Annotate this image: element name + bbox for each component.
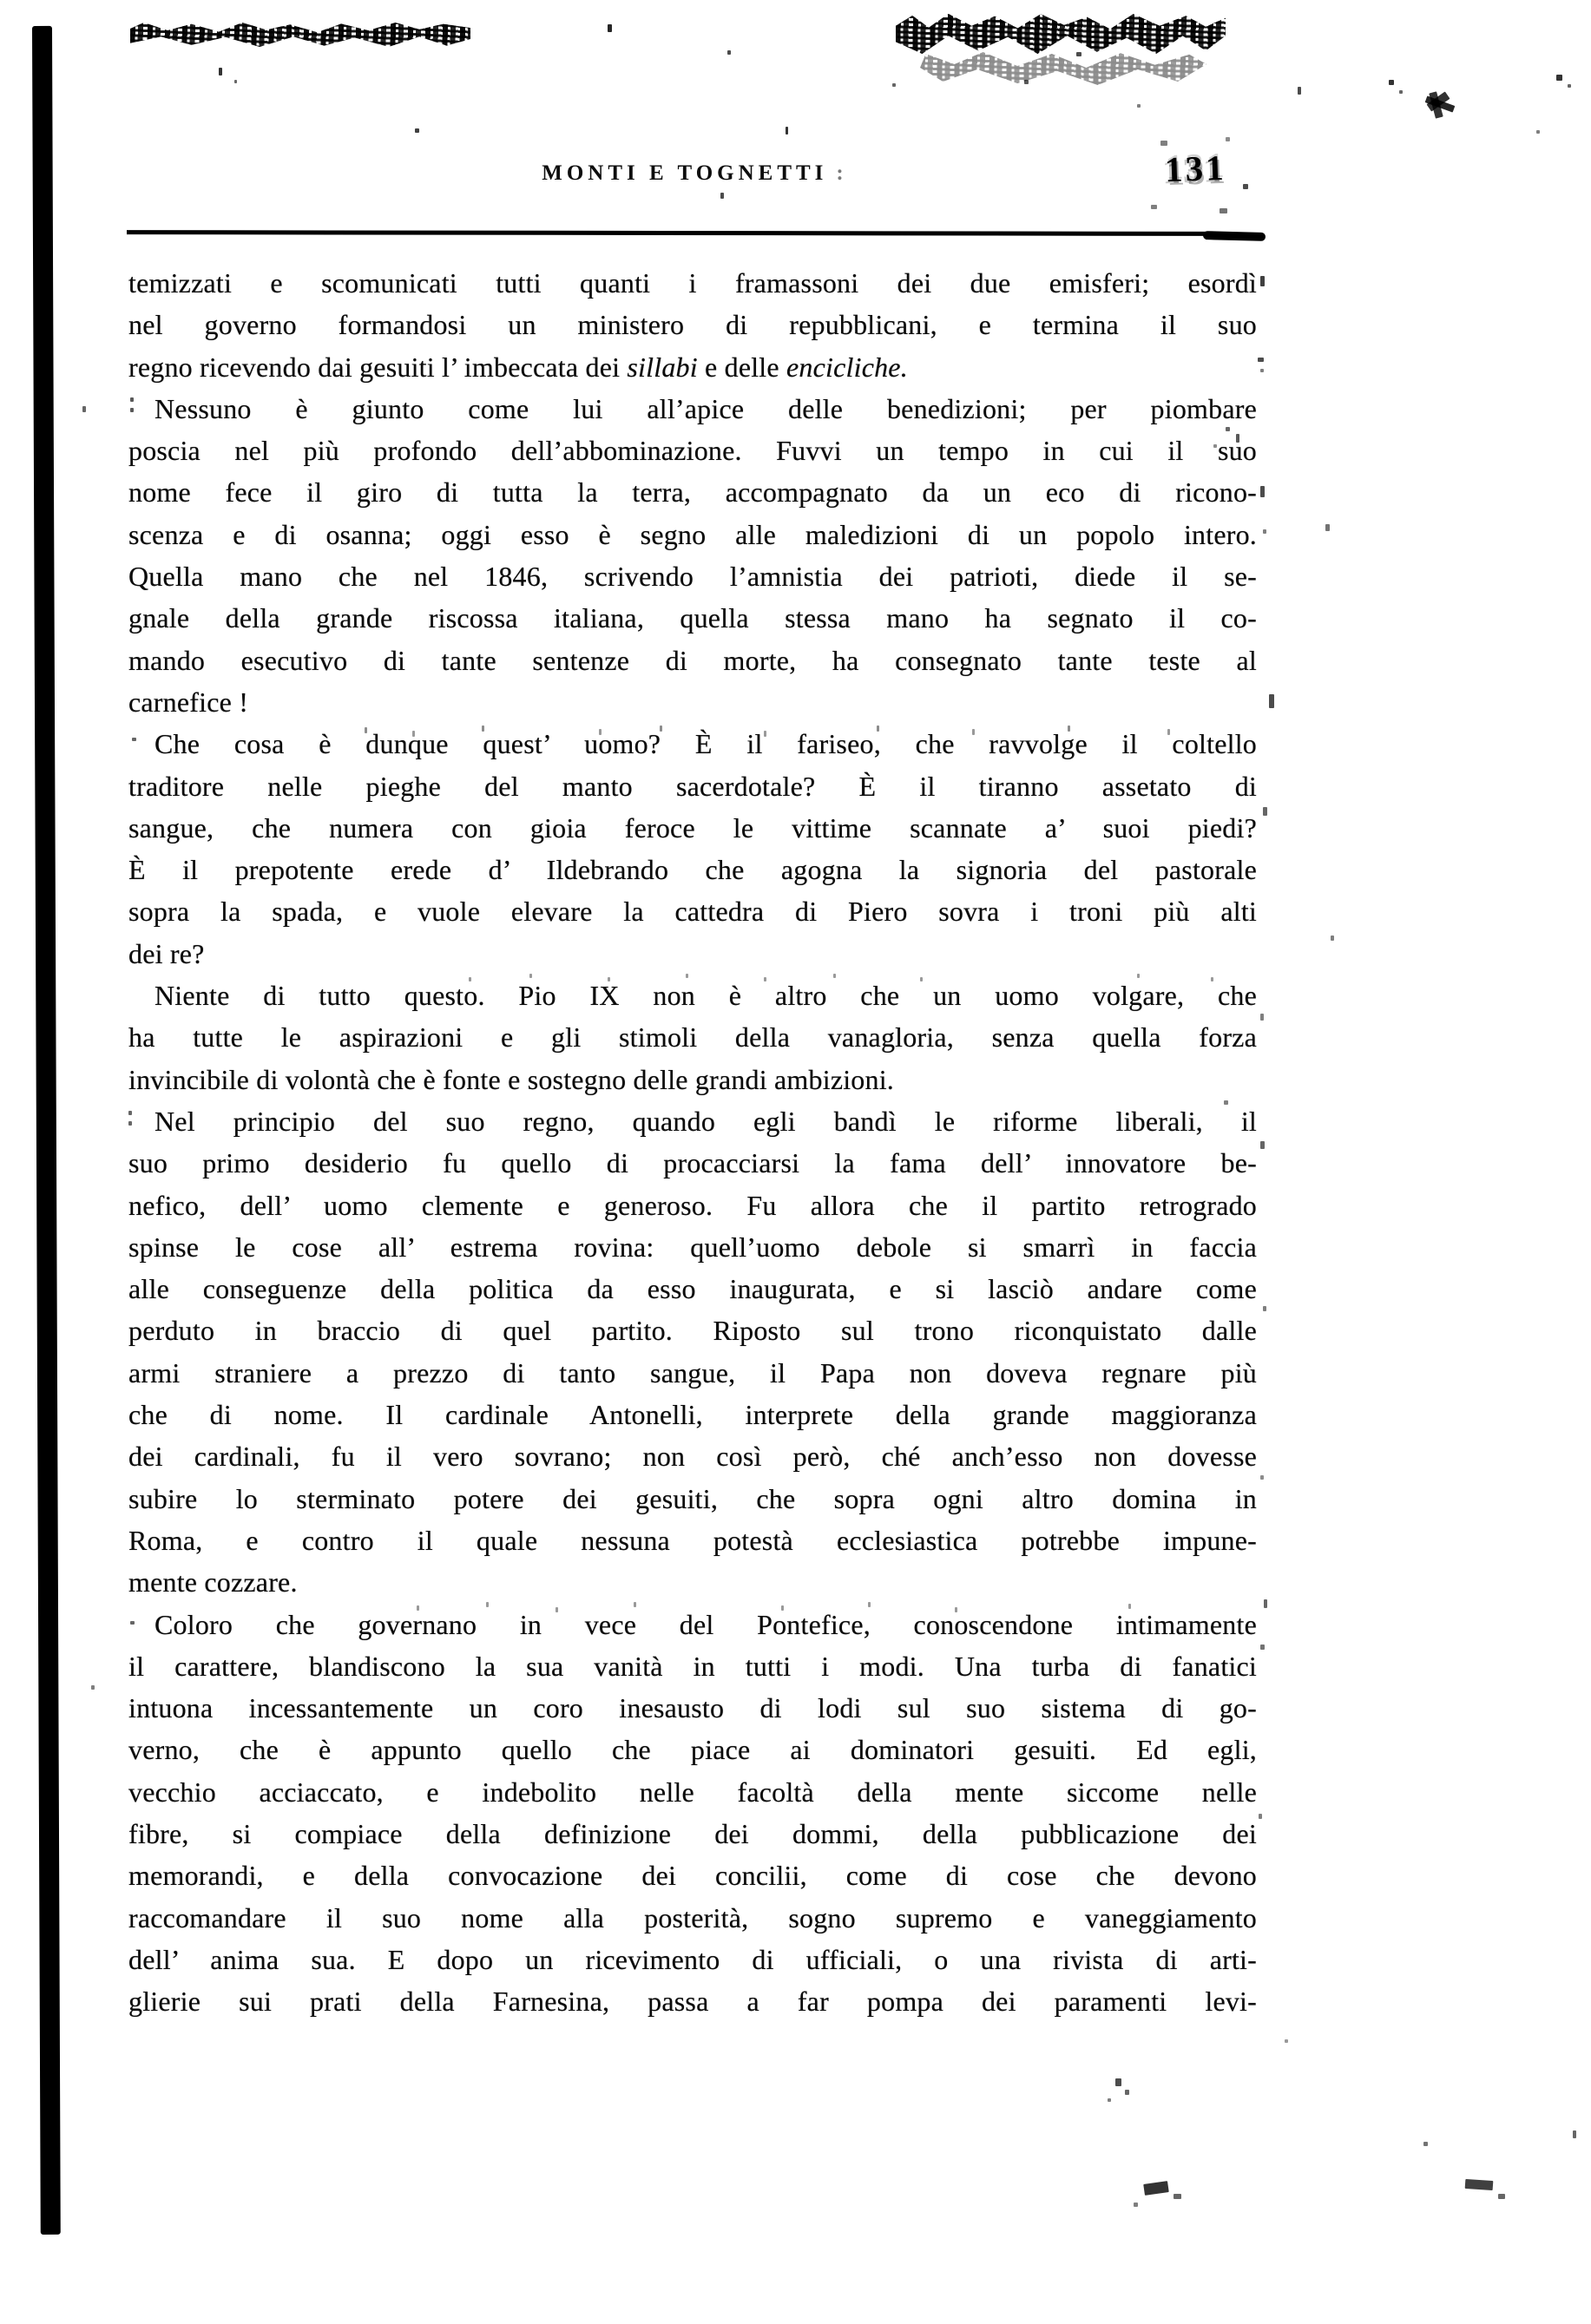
text-line: Nessuno è giunto come lui all’apice dell… [128, 388, 1257, 430]
text-line: Roma, e contro il quale nessuna potestà … [128, 1520, 1257, 1561]
scan-speck [1568, 84, 1571, 88]
page-number: 131 [1164, 147, 1226, 190]
text-line: nefico, dell’ uomo clemente e generoso. … [128, 1185, 1257, 1226]
scan-speck [1536, 130, 1540, 134]
scan-speck [1556, 75, 1562, 81]
text-line: subire lo sterminato potere dei gesuiti,… [128, 1478, 1257, 1520]
text-line: alle conseguenze della politica da esso … [128, 1268, 1257, 1310]
scan-speck [1260, 1475, 1264, 1480]
text-line: mando esecutivo di tante sentenze di mor… [128, 640, 1257, 681]
scan-speck [1151, 205, 1157, 209]
text-line: nome fece il giro di tutta la terra, acc… [128, 471, 1257, 513]
scan-speck [1115, 2078, 1121, 2086]
scan-speck [1260, 1141, 1265, 1149]
scan-speck [1143, 2181, 1169, 2196]
scan-speck [1260, 369, 1264, 372]
scan-gutter-bar [32, 26, 61, 2235]
scan-speck [1325, 524, 1330, 531]
text-line: armi straniere a prezzo di tanto sangue,… [128, 1352, 1257, 1394]
scan-speck [1465, 2179, 1494, 2190]
running-head: MONTI E TOGNETTI: [128, 161, 1257, 186]
text-line: glierie sui prati della Farnesina, passa… [128, 1980, 1257, 2022]
scan-speck [1264, 1599, 1267, 1608]
text-line: il carattere, blandiscono la sua vanità … [128, 1645, 1257, 1687]
scan-speck [720, 193, 724, 199]
text-line: sopra la spada, e vuole elevare la catte… [128, 890, 1257, 932]
text-line: dell’ anima sua. E dopo un ricevimento d… [128, 1939, 1257, 1980]
text-line: Che cosa è dunque quest’ uomo? È il fari… [128, 723, 1257, 765]
scan-speck [1263, 807, 1267, 816]
scan-speck [727, 50, 731, 55]
text-line: poscia nel più profondo dell’abbominazio… [128, 430, 1257, 471]
scan-speck [1134, 2203, 1138, 2207]
scan-speck [1285, 2039, 1288, 2043]
scan-speck [1125, 2090, 1129, 2095]
scan-speck [1263, 529, 1266, 534]
scan-speck [1258, 358, 1264, 362]
scan-speck [786, 127, 788, 135]
text-line: spinse le cose all’ estrema rovina: quel… [128, 1226, 1257, 1268]
text-line: regno ricevendo dai gesuiti l’ imbeccata… [128, 346, 1257, 388]
scan-speck [1260, 276, 1265, 286]
header-rule-end-blob [1203, 231, 1266, 241]
scan-speck [1220, 208, 1227, 213]
scan-speck [219, 68, 222, 75]
text-line: perduto in braccio di quel partito. Ripo… [128, 1310, 1257, 1351]
scan-speck [1260, 1645, 1265, 1650]
scan-speck [1331, 936, 1334, 941]
scan-speck [1260, 1014, 1264, 1021]
running-head-title: MONTI E TOGNETTI [542, 161, 827, 185]
text-line: vecchio acciaccato, e indebolito nelle f… [128, 1771, 1257, 1813]
scan-speck [1389, 80, 1394, 85]
text-line: Nel principio del suo regno, quando egli… [128, 1100, 1257, 1142]
text-line: invincibile di volontà che è fonte e sos… [128, 1059, 1257, 1100]
scan-speck [1269, 694, 1274, 708]
scan-speck [91, 1685, 95, 1690]
text-line: intuona incessantemente un coro inesaust… [128, 1687, 1257, 1729]
scan-speck [1573, 2130, 1576, 2138]
scanned-page: { "page": { "header": { "title": "MONTI … [0, 0, 1591, 2324]
text-line: scenza e di osanna; oggi esso è segno al… [128, 514, 1257, 555]
text-line: È il prepotente erede d’ Ildebrando che … [128, 849, 1257, 890]
text-line: raccomandare il suo nome alla posterità,… [128, 1897, 1257, 1939]
text-line: suo primo desiderio fu quello di procacc… [128, 1142, 1257, 1184]
scan-speck [1298, 87, 1301, 95]
scan-speck [415, 128, 419, 133]
text-line: Niente di tutto questo. Pio IX non è alt… [128, 975, 1257, 1016]
scan-speck [1076, 52, 1081, 56]
scan-speck [892, 83, 896, 87]
scan-smudge-top-right [896, 14, 1226, 54]
scan-smudge-top-right-halo [920, 50, 1206, 85]
scan-speck [1423, 2142, 1428, 2146]
header-rule [127, 230, 1212, 236]
text-line: memorandi, e della convocazione dei conc… [128, 1855, 1257, 1896]
scan-speck [1260, 486, 1265, 497]
scan-speck [1137, 104, 1141, 108]
text-line: dei cardinali, fu il vero sovrano; non c… [128, 1435, 1257, 1477]
text-line: traditore nelle pieghe del manto sacerdo… [128, 765, 1257, 807]
scan-speck [608, 24, 612, 32]
scan-speck [1160, 141, 1167, 146]
scan-speck [1399, 90, 1403, 94]
text-line: verno, che è appunto quello che piace ai… [128, 1729, 1257, 1770]
running-head-separator: : [836, 161, 843, 185]
text-line: temizzati e scomunicati tutti quanti i f… [128, 262, 1257, 304]
text-line: fibre, si compiace della definizione dei… [128, 1813, 1257, 1855]
scan-speck [1498, 2194, 1505, 2199]
body-text: temizzati e scomunicati tutti quanti i f… [128, 262, 1257, 2022]
text-line: gnale della grande riscossa italiana, qu… [128, 597, 1257, 639]
text-line: dei re? [128, 933, 1257, 975]
scan-speck [1226, 137, 1230, 141]
scan-speck [82, 406, 86, 412]
scan-speck [1024, 80, 1029, 84]
text-line: sangue, che numera con gioia feroce le v… [128, 807, 1257, 849]
scan-speck [1174, 2194, 1181, 2199]
text-line: nel governo formandosi un ministero di r… [128, 304, 1257, 345]
text-line: che di nome. Il cardinale Antonelli, int… [128, 1394, 1257, 1435]
scan-speck [1259, 1814, 1262, 1819]
text-line: carnefice ! [128, 681, 1257, 723]
text-line: Quella mano che nel 1846, scrivendo l’am… [128, 555, 1257, 597]
scan-speck [234, 80, 237, 83]
text-line: Coloro che governano in vece del Pontefi… [128, 1604, 1257, 1645]
scan-smudge-top-left [130, 23, 470, 47]
scan-speck [1108, 2098, 1111, 2102]
text-line: mente cozzare. [128, 1561, 1257, 1603]
scan-speck [1263, 1306, 1266, 1311]
text-line: ha tutte le aspirazioni e gli stimoli de… [128, 1016, 1257, 1058]
